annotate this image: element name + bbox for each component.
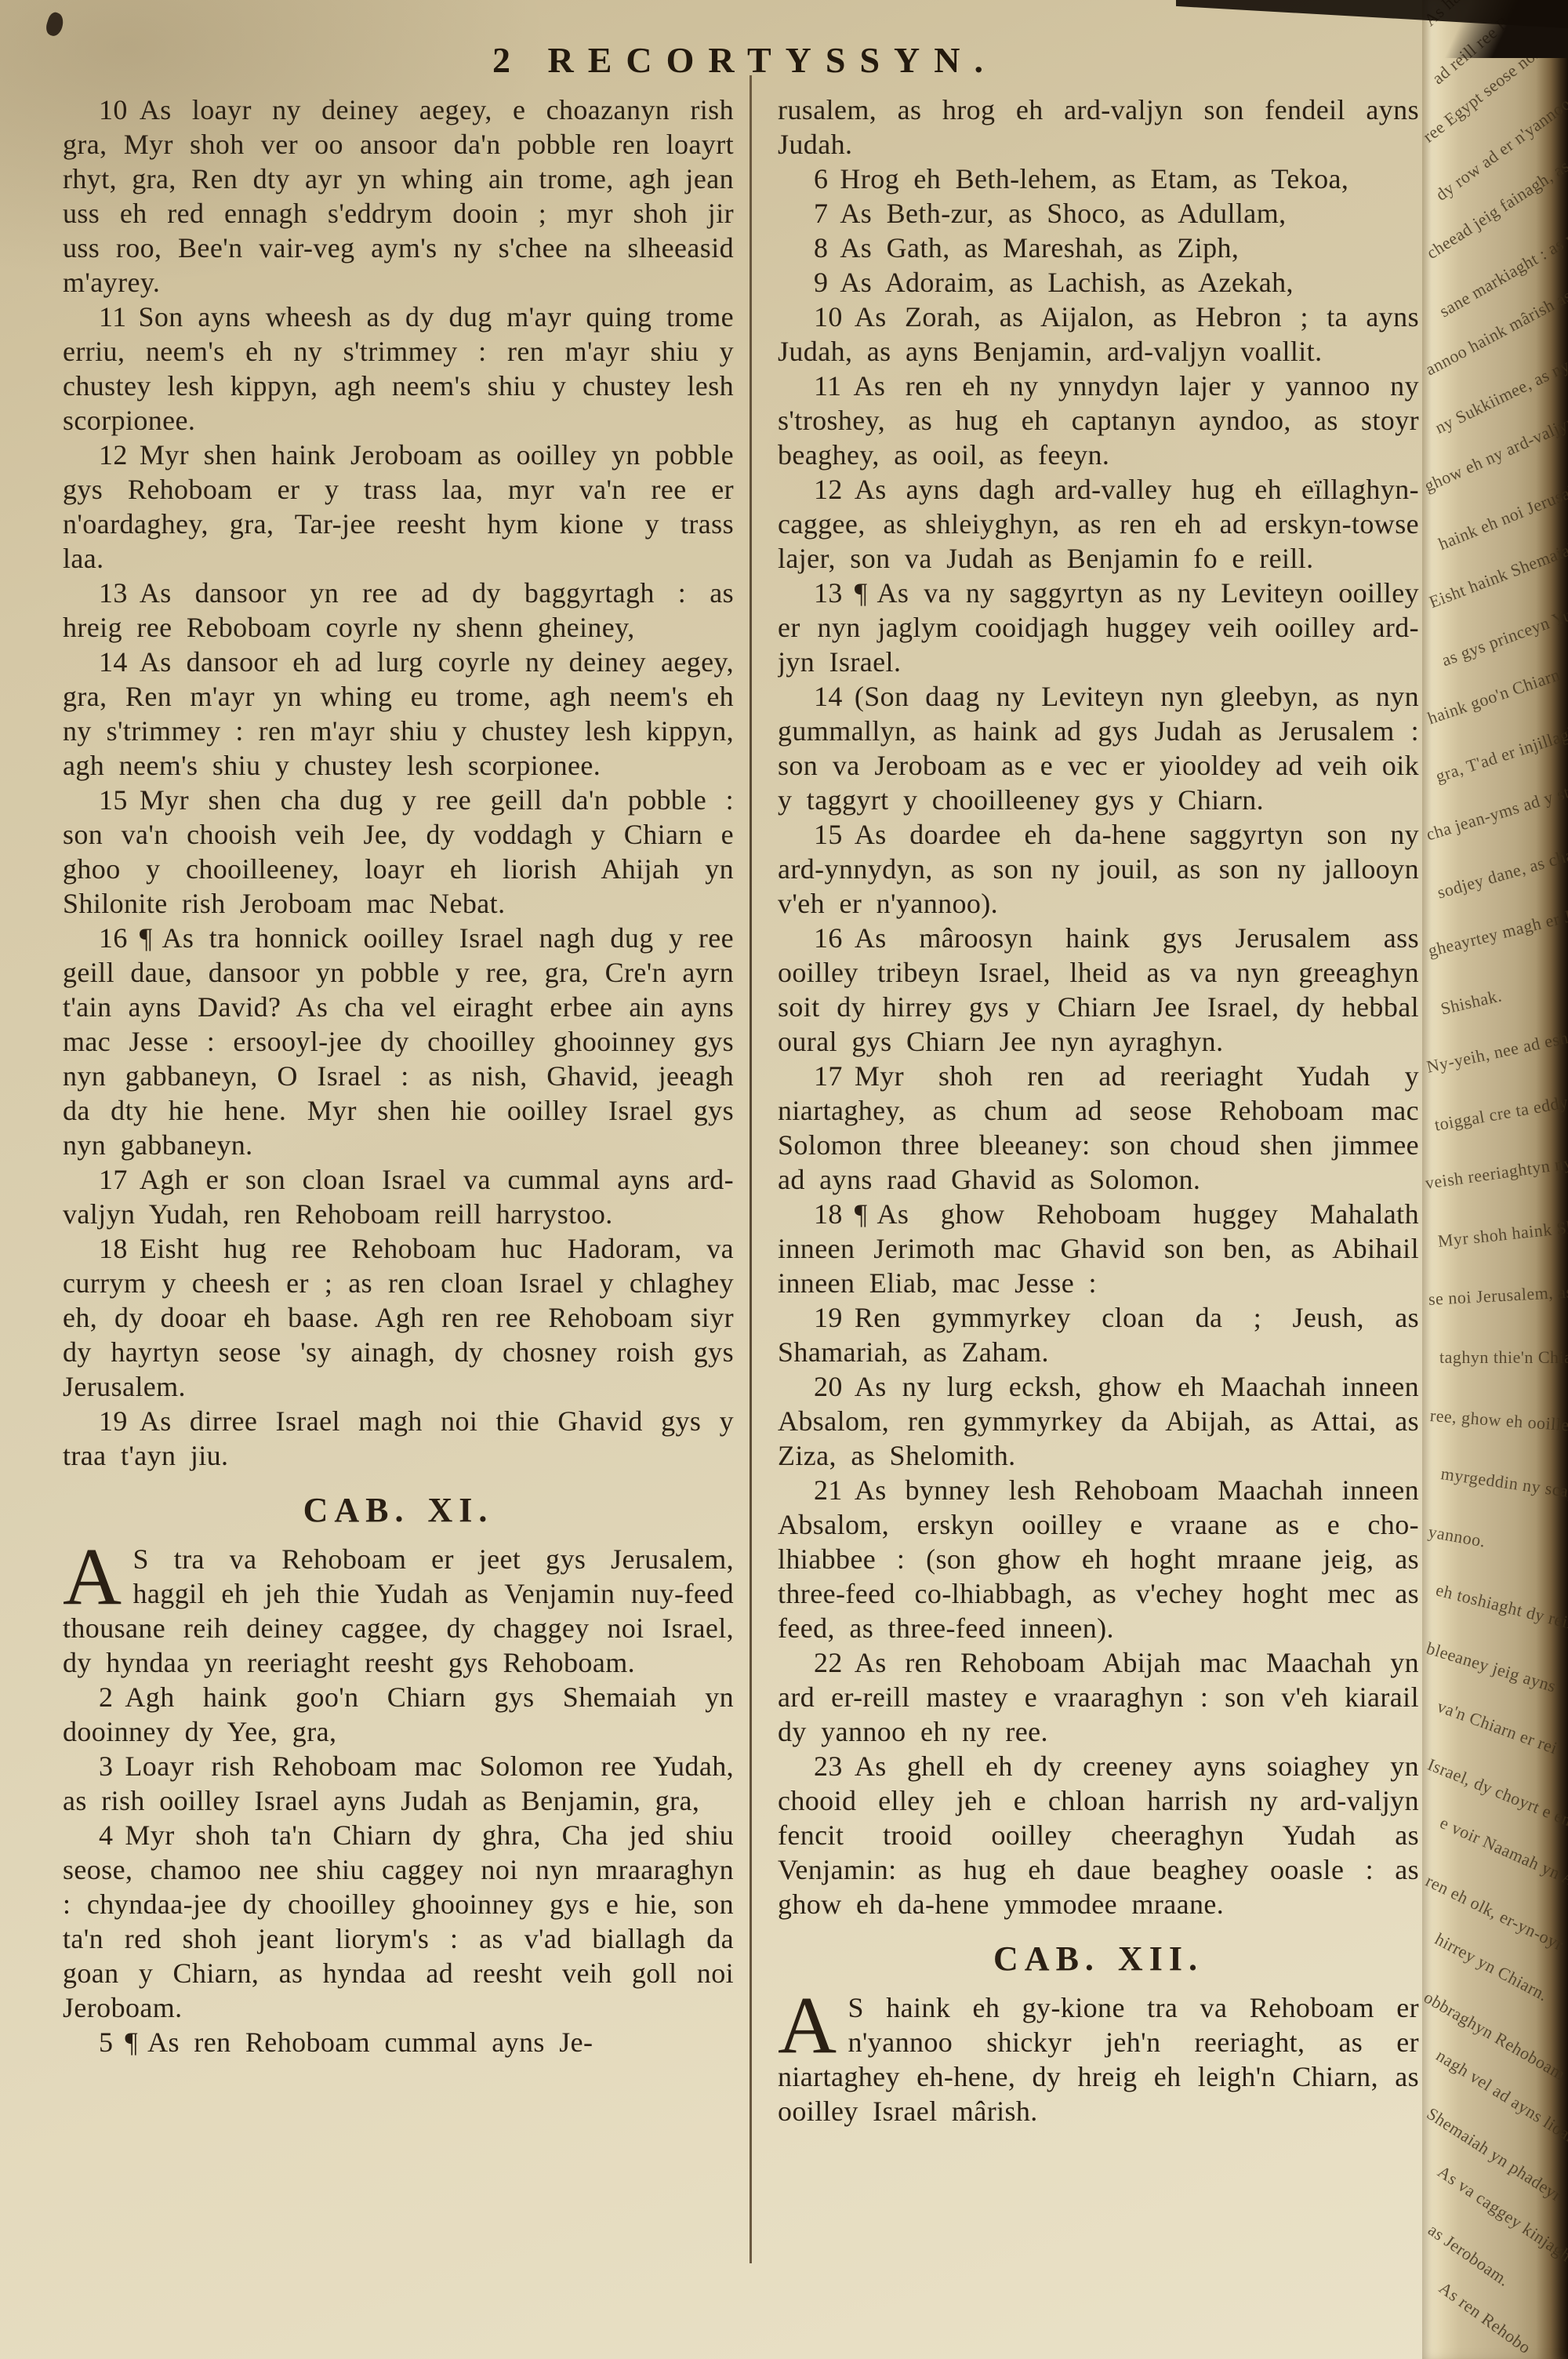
page-curl-text-fragment: ree, ghow eh ooilley : hug (1429, 1405, 1568, 1439)
verse-paragraph: 13As dansoor yn ree ad dy baggyrtagh : a… (63, 576, 734, 645)
verse-text: As bynney lesh Rehoboam Maachah inneen A… (778, 1474, 1419, 1644)
page-curl-text-fragment: As ren Rehobo (1435, 2277, 1534, 2357)
verse-paragraph: 10As loayr ny deiney aegey, e choazanyn … (63, 93, 734, 300)
verse-text: As ghell eh dy creeney ayns soiaghey yn … (778, 1750, 1419, 1920)
verse-number: 23 (814, 1750, 843, 1782)
verse-paragraph: 12As ayns dagh ard-valley hug eh eïllagh… (778, 472, 1419, 576)
page-curl-text-fragment: se noi Jerusalem, as ghow (1428, 1279, 1568, 1310)
ink-blemish (44, 11, 66, 38)
page-curl-text-fragment: as gys princeyn Yudah (1439, 596, 1568, 671)
verse-paragraph: 22As ren Rehoboam Abijah mac Maachah yn … (778, 1645, 1419, 1749)
verse-paragraph: 16As mâroosyn haink gys Jerusalem ass oo… (778, 921, 1419, 1059)
verse-paragraph: 3Loayr rish Rehoboam mac Solomon ree Yud… (63, 1749, 734, 1818)
verse-text: As loayr ny deiney aegey, e choazanyn ri… (63, 94, 734, 298)
verse-text: Ren gymmyrkey cloan da ; Jeush, as Shama… (778, 1302, 1419, 1368)
verse-number: 14 (99, 646, 128, 678)
verse-number: 11 (99, 301, 126, 333)
verse-paragraph: 2Agh haink goo'n Chiarn gys Shemaiah yn … (63, 1680, 734, 1749)
top-edge-shadow (1176, 0, 1568, 28)
chapter-heading: CAB. XII. (778, 1942, 1419, 1976)
verse-number: 19 (99, 1405, 128, 1437)
page-curl-edge: As haink eh gy-kione ad reill ree Rehobo… (1422, 0, 1568, 2359)
verse-paragraph: 17Agh er son cloan Israel va cummal ayns… (63, 1162, 734, 1231)
verse-text: As ayns dagh ard-valley hug eh eïllaghyn… (778, 474, 1419, 574)
verse-paragraph: 6Hrog eh Beth-lehem, as Etam, as Tekoa, (778, 162, 1419, 196)
verse-number: 19 (814, 1302, 843, 1333)
verse-text: As dirree Israel magh noi thie Ghavid gy… (63, 1405, 734, 1471)
chapter-opening-paragraph: AS tra va Rehoboam er jeet gys Jerusalem… (63, 1542, 734, 1680)
pilcrow-mark: ¶ (125, 2026, 138, 2058)
verse-number: 13 (99, 577, 128, 609)
page-curl-text-fragment: taghyn thie'n Chiarn, as (1439, 1347, 1568, 1368)
verse-paragraph: 23As ghell eh dy creeney ayns soiaghey y… (778, 1749, 1419, 1921)
verse-text: As dansoor yn ree ad dy baggyrtagh : as … (63, 577, 734, 643)
page-title: 2 RECORTYSSYN. (63, 39, 1427, 81)
verse-text: Myr shen haink Jeroboam as ooilley yn po… (63, 439, 734, 574)
verse-paragraph: 11As ren eh ny ynnydyn lajer y yannoo ny… (778, 369, 1419, 472)
verse-text: S haink eh gy-kione tra va Rehoboam er n… (778, 1992, 1419, 2127)
verse-number: 16 (814, 922, 843, 954)
verse-number: 2 (99, 1681, 113, 1713)
verse-number: 20 (814, 1371, 843, 1402)
page-curl-text-fragment: Myr shoh haink Shishak (1437, 1213, 1568, 1252)
verse-text: Myr shoh ren ad reeriaght Yudah y niarta… (778, 1060, 1419, 1195)
page-curl-text-fragment: eh toshiaght dy reil (1434, 1579, 1568, 1634)
verse-number: 18 (99, 1233, 128, 1264)
verse-number: 4 (99, 1819, 113, 1851)
verse-number: 9 (814, 267, 828, 298)
verse-paragraph: 5¶As ren Rehoboam cummal ayns Je- (63, 2025, 734, 2059)
verse-number: 5 (99, 2026, 113, 2058)
verse-paragraph: 14As dansoor eh ad lurg coyrle ny deiney… (63, 645, 734, 783)
verse-number: 22 (814, 1647, 843, 1678)
verse-number: 17 (814, 1060, 843, 1092)
verse-text: As Beth-zur, as Shoco, as Adullam, (840, 198, 1286, 229)
verse-paragraph: 14(Son daag ny Leviteyn nyn gleebyn, as … (778, 679, 1419, 817)
verse-number: 15 (99, 784, 128, 816)
verse-paragraph: 15As doardee eh da-hene saggyrtyn son ny… (778, 817, 1419, 921)
verse-number: 12 (99, 439, 128, 471)
verse-text: Agh er son cloan Israel va cummal ayns a… (63, 1164, 734, 1230)
drop-cap: A (778, 1990, 848, 2058)
page-curl-text-fragment: va'n Chiarn er rei (1435, 1696, 1561, 1759)
verse-paragraph: 9As Adoraim, as Lachish, as Azekah, (778, 265, 1419, 300)
page-curl-text-fragment: Ny-yeih, nee ad eshyn y (1425, 1021, 1568, 1078)
continuation-paragraph: rusalem, as hrog eh ard-valjyn son fende… (778, 93, 1419, 162)
verse-paragraph: 18Eisht hug ree Rehoboam huc Hadoram, va… (63, 1231, 734, 1404)
drop-cap: A (63, 1542, 133, 1609)
pilcrow-mark: ¶ (855, 577, 868, 609)
verse-paragraph: 10As Zorah, as Aijalon, as Hebron ; ta a… (778, 300, 1419, 369)
verse-paragraph: 13¶As va ny saggyrtyn as ny Leviteyn ooi… (778, 576, 1419, 679)
verse-text: As dansoor eh ad lurg coyrle ny deiney a… (63, 646, 734, 781)
verse-paragraph: 19Ren gymmyrkey cloan da ; Jeush, as Sha… (778, 1300, 1419, 1369)
verse-text: As Zorah, as Aijalon, as Hebron ; ta ayn… (778, 301, 1419, 367)
verse-number: 18 (814, 1198, 843, 1230)
pilcrow-mark: ¶ (140, 922, 153, 954)
verse-paragraph: 15Myr shen cha dug y ree geill da'n pobb… (63, 783, 734, 921)
page-curl-text-fragment: as Jeroboam. (1425, 2219, 1514, 2291)
book-page-scan: 2 RECORTYSSYN. 10As loayr ny deiney aege… (0, 0, 1568, 2359)
verse-text: As Adoraim, as Lachish, as Azekah, (840, 267, 1293, 298)
verse-number: 10 (814, 301, 843, 333)
page-curl-text-fragment: yannoo. (1427, 1521, 1487, 1551)
verse-text: As ny lurg ecksh, ghow eh Maachah inneen… (778, 1371, 1419, 1471)
verse-number: 7 (814, 198, 828, 229)
verse-paragraph: 19As dirree Israel magh noi thie Ghavid … (63, 1404, 734, 1473)
verse-text: (Son daag ny Leviteyn nyn gleebyn, as ny… (778, 681, 1419, 816)
page-curl-text-fragment: gheayrtey magh er Jerusa (1426, 896, 1568, 961)
verse-number: 11 (814, 370, 841, 402)
page-curl-text-fragment: haink goo'n Chiarn (1425, 664, 1563, 729)
chapter-heading: CAB. XI. (63, 1493, 734, 1528)
verse-text: As Gath, as Mareshah, as Ziph, (840, 232, 1239, 264)
verse-paragraph: 7As Beth-zur, as Shoco, as Adullam, (778, 196, 1419, 231)
verse-text: As ren Rehoboam Abijah mac Maachah yn ar… (778, 1647, 1419, 1747)
verse-paragraph: 4Myr shoh ta'n Chiarn dy ghra, Cha jed s… (63, 1818, 734, 2025)
page-curl-text-fragment: Shishak. (1439, 986, 1504, 1020)
page-curl-text-fragment: gra, T'ad er injillaghe (1433, 719, 1568, 787)
verse-text: As ren eh ny ynnydyn lajer y yannoo ny s… (778, 370, 1419, 471)
verse-number: 6 (814, 163, 828, 194)
pilcrow-mark: ¶ (855, 1198, 868, 1230)
verse-text: As va ny saggyrtyn as ny Leviteyn ooille… (778, 577, 1419, 678)
page-curl-text-fragment: cha jean-yms ad y stroi (1424, 776, 1568, 845)
verse-text: Loayr rish Rehoboam mac Solomon ree Yuda… (63, 1750, 734, 1816)
verse-text: As doardee eh da-hene saggyrtyn son ny a… (778, 819, 1419, 919)
verse-paragraph: 11Son ayns wheesh as dy dug m'ayr quing … (63, 300, 734, 438)
verse-text: As ren Rehoboam cummal ayns Je- (147, 2026, 593, 2058)
verse-text: As ghow Rehoboam huggey Mahalath inneen … (778, 1198, 1419, 1299)
page-curl-text-fragment: veish reeriaghtyn ny chee (1424, 1147, 1568, 1194)
verse-number: 21 (814, 1474, 843, 1506)
verse-paragraph: 18¶As ghow Rehoboam huggey Mahalath inne… (778, 1197, 1419, 1300)
verse-number: 10 (99, 94, 128, 125)
verse-text: Hrog eh Beth-lehem, as Etam, as Tekoa, (840, 163, 1348, 194)
verse-text: As mâroosyn haink gys Jerusalem ass ooil… (778, 922, 1419, 1057)
verse-paragraph: 12Myr shen haink Jeroboam as ooilley yn … (63, 438, 734, 576)
verse-paragraph: 16¶As tra honnick ooilley Israel nagh du… (63, 921, 734, 1162)
verse-number: 15 (814, 819, 843, 850)
right-column: rusalem, as hrog eh ard-valjyn son fende… (778, 93, 1419, 2312)
verse-text: Myr shoh ta'n Chiarn dy ghra, Cha jed sh… (63, 1819, 734, 2023)
verse-number: 3 (99, 1750, 113, 1782)
verse-number: 17 (99, 1164, 128, 1195)
page-curl-text-fragment: bleeaney jeig ayns (1424, 1638, 1559, 1697)
chapter-opening-paragraph: AS haink eh gy-kione tra va Rehoboam er … (778, 1990, 1419, 2128)
page-curl-text-fragment: sodjey dane, as cha bee (1435, 837, 1568, 903)
verse-text: As tra honnick ooilley Israel nagh dug y… (63, 922, 734, 1161)
page-curl-text-fragment: toiggal cre ta eddyr y chir (1433, 1082, 1568, 1135)
verse-text: rusalem, as hrog eh ard-valjyn son fende… (778, 94, 1419, 160)
verse-number: 16 (99, 922, 128, 954)
verse-paragraph: 17Myr shoh ren ad reeriaght Yudah y niar… (778, 1059, 1419, 1197)
verse-number: 13 (814, 577, 843, 609)
verse-number: 14 (814, 681, 843, 712)
page-curl-text-fragment: myrgeddin ny scapeyn airhe (1439, 1463, 1568, 1512)
verse-text: Agh haink goo'n Chiarn gys Shemaiah yn d… (63, 1681, 734, 1747)
verse-text: Myr shen cha dug y ree geill da'n pobble… (63, 784, 734, 919)
verse-paragraph: 21As bynney lesh Rehoboam Maachah inneen… (778, 1473, 1419, 1645)
verse-number: 12 (814, 474, 843, 505)
verse-paragraph: 20As ny lurg ecksh, ghow eh Maachah inne… (778, 1369, 1419, 1473)
verse-text: S tra va Rehoboam er jeet gys Jerusalem,… (63, 1543, 734, 1678)
verse-paragraph: 8As Gath, as Mareshah, as Ziph, (778, 231, 1419, 265)
verse-text: Eisht hug ree Rehoboam huc Hadoram, va c… (63, 1233, 734, 1402)
left-column: 10As loayr ny deiney aegey, e choazanyn … (63, 93, 734, 2257)
verse-text: Son ayns wheesh as dy dug m'ayr quing tr… (63, 301, 734, 436)
verse-number: 8 (814, 232, 828, 264)
column-divider (750, 75, 752, 2263)
